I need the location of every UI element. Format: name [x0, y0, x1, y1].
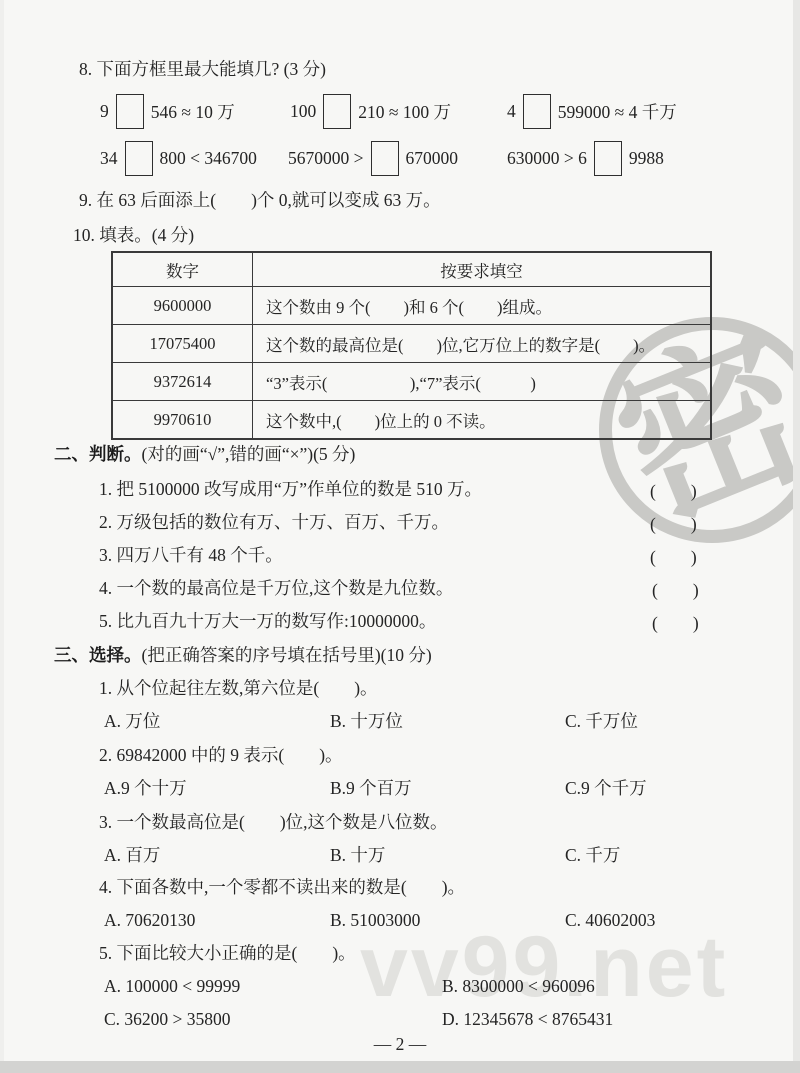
fill-blank-pre: 9: [100, 101, 109, 122]
choice-option-3a: A. 百万: [104, 844, 160, 866]
question-8-title: 8. 下面方框里最大能填几? (3 分): [79, 58, 326, 80]
fill-table: 数字 按要求填空 9600000 这个数由 9 个( )和 6 个( )组成。 …: [111, 251, 712, 440]
fill-blank-pre: 5670000 >: [288, 148, 364, 169]
fill-box: [125, 141, 153, 176]
table-header-number: 数字: [112, 252, 253, 287]
fill-blank-post: 9988: [629, 148, 664, 169]
section-2-heading-note: (对的画“√”,错的画“×”)(5 分): [142, 444, 356, 464]
table-cell-number: 9600000: [112, 287, 253, 325]
site-watermark: vv99.net: [360, 924, 728, 1010]
choice-option-1c: C. 千万位: [565, 710, 638, 732]
fill-blank-item-2: 100210 ≈ 100 万: [290, 90, 451, 132]
judge-answer-paren-2: ( ): [650, 511, 697, 536]
choice-option-3b: B. 十万: [330, 844, 385, 866]
table-row: 9600000 这个数由 9 个( )和 6 个( )组成。: [112, 287, 711, 325]
choice-question-3: 3. 一个数最高位是( )位,这个数是八位数。: [99, 811, 448, 833]
fill-blank-pre: 4: [507, 101, 516, 122]
fill-blank-post: 670000: [406, 148, 459, 169]
choice-option-2b: B.9 个百万: [330, 777, 412, 799]
table-cell-task: 这个数由 9 个( )和 6 个( )组成。: [253, 287, 712, 325]
choice-option-1a: A. 万位: [104, 710, 160, 732]
judge-item-1: 1. 把 5100000 改写成用“万”作单位的数是 510 万。: [99, 478, 482, 500]
choice-question-1: 1. 从个位起往左数,第六位是( )。: [99, 677, 378, 699]
judge-item-5: 5. 比九百九十万大一万的数写作:10000000。: [99, 610, 436, 632]
fill-box: [116, 94, 144, 129]
choice-option-2c: C.9 个千万: [565, 777, 647, 799]
choice-option-5d: D. 12345678 < 8765431: [442, 1008, 613, 1030]
judge-item-3: 3. 四万八千有 48 个千。: [99, 544, 283, 566]
fill-box: [371, 141, 399, 176]
fill-blank-pre: 630000 > 6: [507, 148, 587, 169]
judge-answer-paren-5: ( ): [652, 610, 699, 635]
section-3-heading: 三、选择。(把正确答案的序号填在括号里)(10 分): [54, 644, 432, 666]
fill-box: [323, 94, 351, 129]
fill-blank-pre: 100: [290, 101, 316, 122]
fill-blank-item-6: 630000 > 69988: [507, 137, 664, 179]
question-9-text: 9. 在 63 后面添上( )个 0,就可以变成 63 万。: [79, 189, 441, 211]
fill-blank-item-1: 9546 ≈ 10 万: [100, 90, 235, 132]
table-cell-number: 17075400: [112, 325, 253, 363]
judge-answer-paren-3: ( ): [650, 544, 697, 569]
question-10-title: 10. 填表。(4 分): [73, 224, 194, 246]
scan-edge-bottom: [0, 1061, 800, 1073]
fill-box: [523, 94, 551, 129]
table-cell-task: 这个数的最高位是( )位,它万位上的数字是( )。: [253, 325, 712, 363]
fill-blank-post: 210 ≈ 100 万: [358, 99, 451, 124]
judge-answer-paren-1: ( ): [650, 478, 697, 503]
fill-blank-item-3: 4599000 ≈ 4 千万: [507, 90, 677, 132]
table-header-task: 按要求填空: [253, 252, 712, 287]
choice-option-4b: B. 51003000: [330, 909, 420, 931]
table-cell-number: 9372614: [112, 363, 253, 401]
worksheet-page: 密 vv99.net 8. 下面方框里最大能填几? (3 分) 9546 ≈ 1…: [0, 0, 800, 1073]
choice-question-4: 4. 下面各数中,一个零都不读出来的数是( )。: [99, 876, 465, 898]
choice-option-1b: B. 十万位: [330, 710, 403, 732]
judge-item-2: 2. 万级包括的数位有万、十万、百万、千万。: [99, 511, 449, 533]
fill-blank-post: 800 < 346700: [160, 148, 257, 169]
fill-blank-post: 546 ≈ 10 万: [151, 99, 235, 124]
choice-option-4a: A. 70620130: [104, 909, 195, 931]
fill-box: [594, 141, 622, 176]
judge-item-4: 4. 一个数的最高位是千万位,这个数是九位数。: [99, 577, 453, 599]
choice-option-3c: C. 千万: [565, 844, 620, 866]
section-2-heading: 二、判断。(对的画“√”,错的画“×”)(5 分): [54, 443, 355, 465]
table-cell-task: 这个数中,( )位上的 0 不读。: [253, 401, 712, 440]
table-header-row: 数字 按要求填空: [112, 252, 711, 287]
scan-edge-right: [793, 0, 800, 1073]
table-row: 9970610 这个数中,( )位上的 0 不读。: [112, 401, 711, 440]
choice-option-4c: C. 40602003: [565, 909, 655, 931]
table-cell-number: 9970610: [112, 401, 253, 440]
scan-edge-left: [0, 0, 4, 1073]
judge-answer-paren-4: ( ): [652, 577, 699, 602]
section-2-heading-title: 二、判断。: [54, 444, 142, 464]
section-3-heading-note: (把正确答案的序号填在括号里)(10 分): [142, 645, 432, 665]
choice-option-5b: B. 8300000 < 960096: [442, 975, 595, 997]
choice-question-2: 2. 69842000 中的 9 表示( )。: [99, 744, 343, 766]
choice-option-2a: A.9 个十万: [104, 777, 187, 799]
choice-option-5a: A. 100000 < 99999: [104, 975, 240, 997]
choice-question-5: 5. 下面比较大小正确的是( )。: [99, 942, 356, 964]
fill-blank-pre: 34: [100, 148, 118, 169]
choice-option-5c: C. 36200 > 35800: [104, 1008, 231, 1030]
table-row: 9372614 “3”表示( ),“7”表示( ): [112, 363, 711, 401]
fill-blank-post: 599000 ≈ 4 千万: [558, 99, 677, 124]
section-3-heading-title: 三、选择。: [54, 645, 142, 665]
table-cell-task: “3”表示( ),“7”表示( ): [253, 363, 712, 401]
fill-blank-item-4: 34800 < 346700: [100, 137, 257, 179]
table-row: 17075400 这个数的最高位是( )位,它万位上的数字是( )。: [112, 325, 711, 363]
page-number: — 2 —: [0, 1034, 800, 1055]
fill-blank-item-5: 5670000 >670000: [288, 137, 458, 179]
